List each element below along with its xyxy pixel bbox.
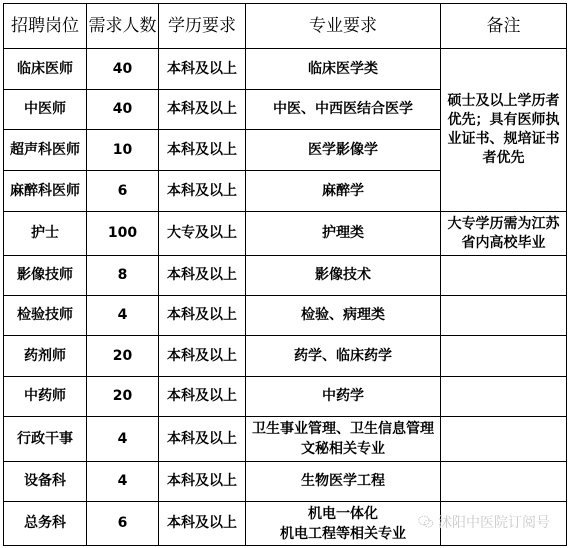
major-line: 机电工程等相关专业 (246, 524, 440, 544)
cell-note-doctors: 硕士及以上学历者优先；具有医师执业证书、规培证书者优先 (441, 49, 567, 212)
cell-count: 20 (87, 336, 159, 377)
cell-note-nurse: 大专学历需为江苏省内高校毕业 (441, 212, 567, 256)
cell-count: 20 (87, 377, 159, 417)
table-row: 行政干事 4 本科及以上 卫生事业管理、卫生信息管理 文秘相关专业 (4, 417, 567, 462)
table-row: 临床医师 40 本科及以上 临床医学类 硕士及以上学历者优先；具有医师执业证书、… (4, 49, 567, 90)
cell-position: 中医师 (4, 90, 87, 130)
cell-education: 本科及以上 (159, 377, 246, 417)
major-line: 文秘相关专业 (246, 439, 440, 459)
cell-position: 中药师 (4, 377, 87, 417)
cell-major: 临床医学类 (246, 49, 441, 90)
cell-major: 中药学 (246, 377, 441, 417)
cell-position: 临床医师 (4, 49, 87, 90)
header-position: 招聘岗位 (4, 4, 87, 49)
table-row: 中药师 20 本科及以上 中药学 (4, 377, 567, 417)
cell-count: 100 (87, 212, 159, 256)
cell-major: 中医、中西医结合医学 (246, 90, 441, 130)
cell-position: 设备科 (4, 462, 87, 502)
cell-note-empty (441, 502, 567, 546)
cell-education: 本科及以上 (159, 336, 246, 377)
cell-major: 麻醉学 (246, 171, 441, 212)
table-row: 检验技师 4 本科及以上 检验、病理类 (4, 296, 567, 336)
table-row: 总务科 6 本科及以上 机电一体化 机电工程等相关专业 (4, 502, 567, 546)
cell-count: 4 (87, 417, 159, 462)
cell-major: 医学影像学 (246, 130, 441, 171)
cell-count: 4 (87, 296, 159, 336)
table-row: 药剂师 20 本科及以上 药学、临床药学 (4, 336, 567, 377)
table-row: 设备科 4 本科及以上 生物医学工程 (4, 462, 567, 502)
cell-count: 40 (87, 49, 159, 90)
header-major: 专业要求 (246, 4, 441, 49)
cell-education: 本科及以上 (159, 171, 246, 212)
cell-position: 药剂师 (4, 336, 87, 377)
cell-note-empty (441, 296, 567, 336)
cell-count: 8 (87, 256, 159, 296)
cell-count: 10 (87, 130, 159, 171)
cell-note-empty (441, 462, 567, 502)
cell-education: 本科及以上 (159, 296, 246, 336)
cell-position: 影像技师 (4, 256, 87, 296)
cell-education: 本科及以上 (159, 130, 246, 171)
cell-education: 本科及以上 (159, 49, 246, 90)
major-line: 卫生事业管理、卫生信息管理 (246, 419, 440, 439)
cell-major: 药学、临床药学 (246, 336, 441, 377)
cell-position: 护士 (4, 212, 87, 256)
major-line: 机电一体化 (246, 504, 440, 524)
cell-major: 护理类 (246, 212, 441, 256)
cell-major: 卫生事业管理、卫生信息管理 文秘相关专业 (246, 417, 441, 462)
cell-count: 6 (87, 171, 159, 212)
cell-note-empty (441, 256, 567, 296)
cell-count: 40 (87, 90, 159, 130)
header-education: 学历要求 (159, 4, 246, 49)
table-header-row: 招聘岗位 需求人数 学历要求 专业要求 备注 (4, 4, 567, 49)
cell-position: 行政干事 (4, 417, 87, 462)
cell-count: 4 (87, 462, 159, 502)
cell-major: 生物医学工程 (246, 462, 441, 502)
cell-position: 麻醉科医师 (4, 171, 87, 212)
table-row: 影像技师 8 本科及以上 影像技术 (4, 256, 567, 296)
cell-major: 机电一体化 机电工程等相关专业 (246, 502, 441, 546)
header-count: 需求人数 (87, 4, 159, 49)
cell-education: 本科及以上 (159, 417, 246, 462)
cell-note-empty (441, 377, 567, 417)
cell-position: 总务科 (4, 502, 87, 546)
header-notes: 备注 (441, 4, 567, 49)
cell-note-empty (441, 336, 567, 377)
cell-position: 检验技师 (4, 296, 87, 336)
cell-education: 本科及以上 (159, 90, 246, 130)
cell-position: 超声科医师 (4, 130, 87, 171)
cell-note-empty (441, 417, 567, 462)
cell-education: 本科及以上 (159, 502, 246, 546)
cell-major: 影像技术 (246, 256, 441, 296)
recruitment-table: 招聘岗位 需求人数 学历要求 专业要求 备注 临床医师 40 本科及以上 临床医… (3, 3, 567, 546)
cell-count: 6 (87, 502, 159, 546)
table-row: 护士 100 大专及以上 护理类 大专学历需为江苏省内高校毕业 (4, 212, 567, 256)
cell-education: 大专及以上 (159, 212, 246, 256)
cell-education: 本科及以上 (159, 462, 246, 502)
cell-major: 检验、病理类 (246, 296, 441, 336)
cell-education: 本科及以上 (159, 256, 246, 296)
